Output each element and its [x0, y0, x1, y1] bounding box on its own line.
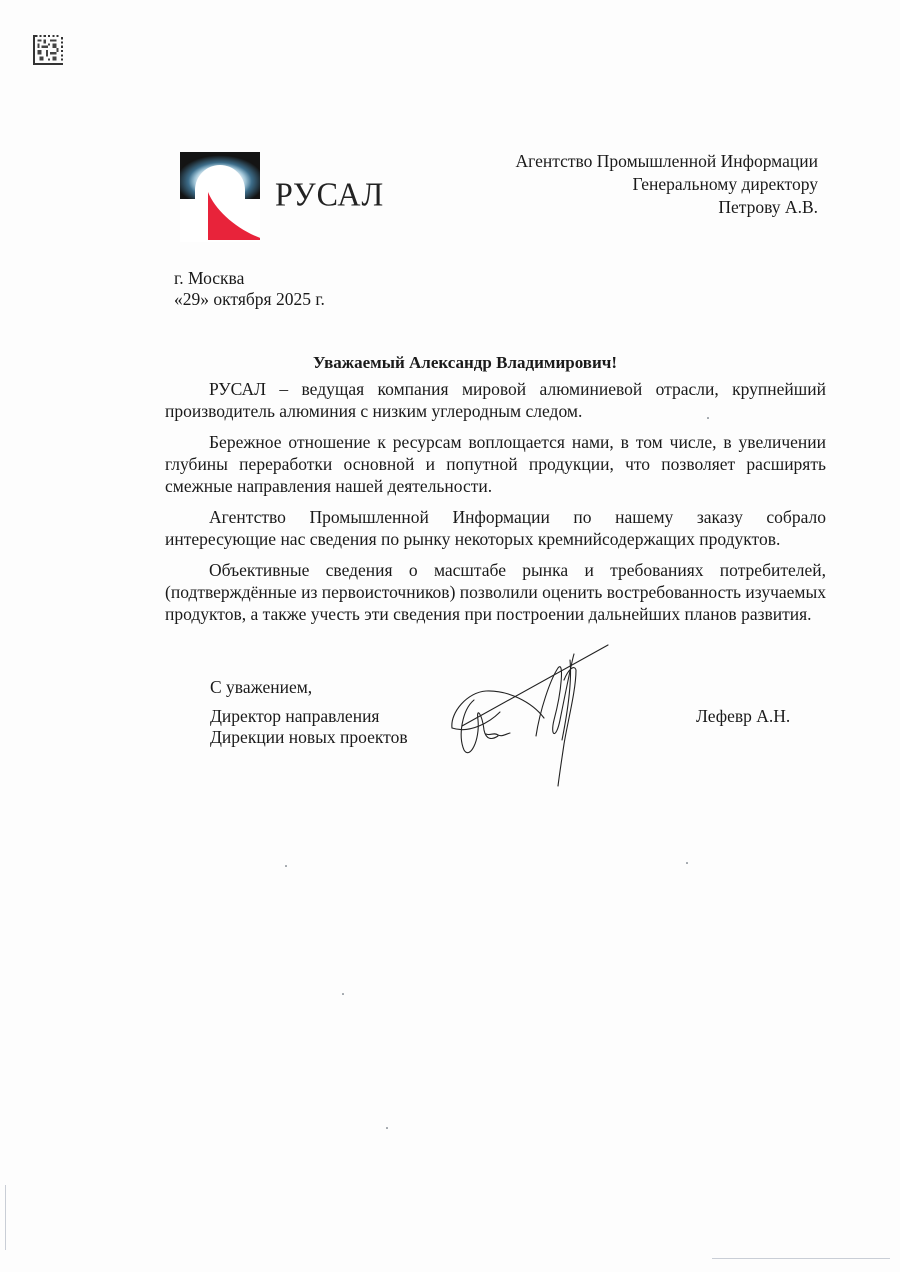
scan-speck [285, 865, 287, 867]
place-date-block: г. Москва «29» октября 2025 г. [174, 268, 325, 310]
company-name: РУСАЛ [275, 175, 384, 214]
scan-speck [342, 993, 344, 995]
rusal-logo: РУСАЛ [180, 152, 370, 242]
salutation: Уважаемый Александр Владимирович! [0, 353, 900, 373]
addressee-organization: Агентство Промышленной Информации [516, 150, 819, 173]
scan-speck [386, 1127, 388, 1129]
signer-position-line1: Директор направления [210, 706, 408, 727]
signer-position: Директор направления Дирекции новых прое… [210, 706, 408, 748]
scan-speck [686, 862, 688, 864]
addressee-position: Генеральному директору [516, 173, 819, 196]
scan-speck [707, 417, 709, 419]
handwritten-signature-icon [440, 640, 630, 790]
addressee-name: Петрову А.В. [516, 196, 819, 219]
city: г. Москва [174, 268, 325, 289]
scan-edge-left [5, 1185, 6, 1250]
letter-date: «29» октября 2025 г. [174, 289, 325, 310]
signer-name: Лефевр А.Н. [696, 706, 790, 727]
addressee-block: Агентство Промышленной Информации Генера… [516, 150, 819, 219]
scan-edge-bottom [712, 1258, 890, 1259]
closing-phrase: С уважением, [210, 677, 312, 698]
body-paragraph: Бережное отношение к ресурсам воплощаетс… [165, 431, 826, 497]
datamatrix-code-icon [33, 35, 63, 65]
body-paragraph: Объективные сведения о масштабе рынка и … [165, 559, 826, 625]
letter-body: РУСАЛ – ведущая компания мировой алюмини… [165, 378, 826, 634]
letter-page: РУСАЛ Агентство Промышленной Информации … [0, 0, 900, 1272]
rusal-logo-mark-icon [180, 152, 260, 242]
body-paragraph: Агентство Промышленной Информации по наш… [165, 506, 826, 550]
body-paragraph: РУСАЛ – ведущая компания мировой алюмини… [165, 378, 826, 422]
signer-position-line2: Дирекции новых проектов [210, 727, 408, 748]
